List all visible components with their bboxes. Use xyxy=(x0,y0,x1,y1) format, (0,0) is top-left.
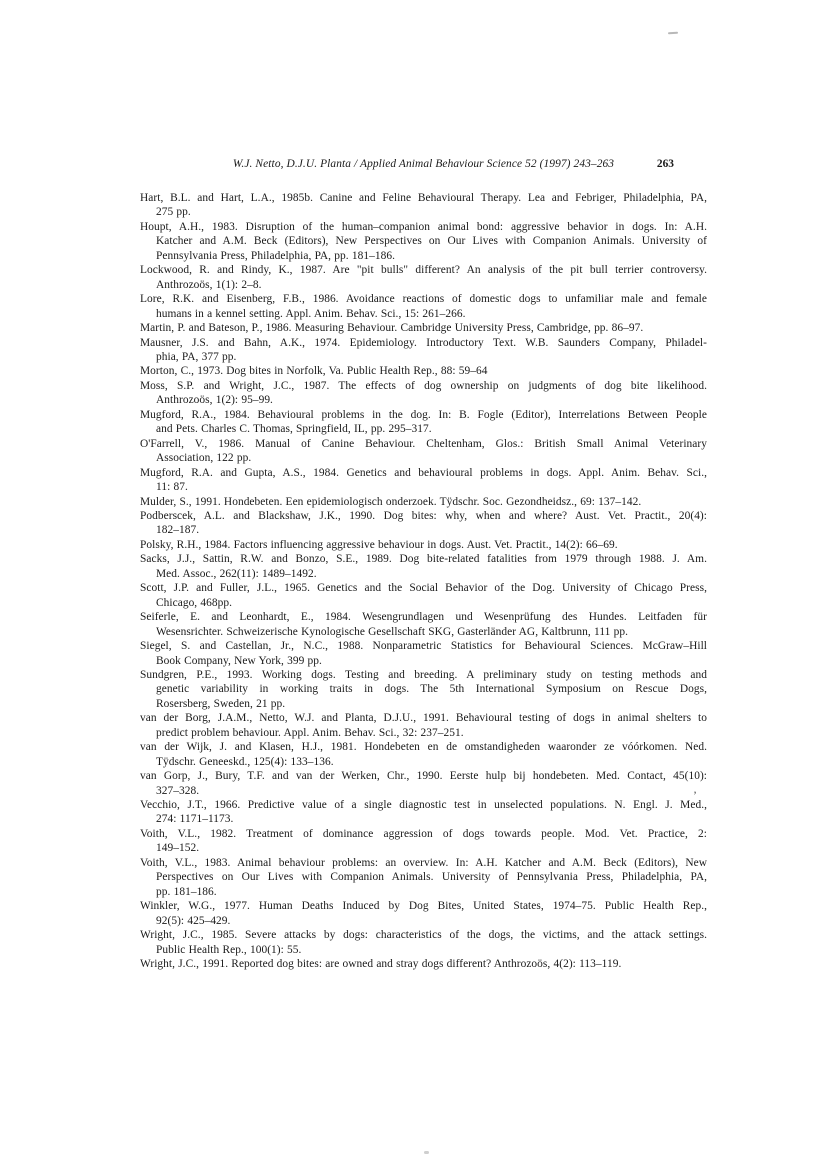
reference-entry: Voith, V.L., 1982. Treatment of dominanc… xyxy=(140,827,707,856)
reference-line: Lockwood, R. and Rindy, K., 1987. Are "p… xyxy=(140,263,707,277)
scan-artifact-dash xyxy=(668,32,678,35)
reference-line: van der Wijk, J. and Klasen, H.J., 1981.… xyxy=(140,740,707,754)
reference-entry: Moss, S.P. and Wright, J.C., 1987. The e… xyxy=(140,379,707,408)
paper-page: W.J. Netto, D.J.U. Planta / Applied Anim… xyxy=(0,0,826,1169)
reference-line: Wesensrichter. Schweizerische Kynologisc… xyxy=(140,625,707,639)
reference-entry: Siegel, S. and Castellan, Jr., N.C., 198… xyxy=(140,639,707,668)
reference-entry: van Gorp, J., Bury, T.F. and van der Wer… xyxy=(140,769,707,798)
reference-line: Moss, S.P. and Wright, J.C., 1987. The e… xyxy=(140,379,707,393)
reference-line: Podberscek, A.L. and Blackshaw, J.K., 19… xyxy=(140,509,707,523)
reference-entry: van der Wijk, J. and Klasen, H.J., 1981.… xyxy=(140,740,707,769)
reference-line: Hart, B.L. and Hart, L.A., 1985b. Canine… xyxy=(140,191,707,205)
reference-line: Association, 122 pp. xyxy=(140,451,707,465)
reference-line: Mausner, J.S. and Bahn, A.K., 1974. Epid… xyxy=(140,336,707,350)
reference-entry: Sacks, J.J., Sattin, R.W. and Bonzo, S.E… xyxy=(140,552,707,581)
reference-line: 275 pp. xyxy=(140,205,707,219)
reference-entry: Morton, C., 1973. Dog bites in Norfolk, … xyxy=(140,364,707,378)
reference-line: Book Company, New York, 399 pp. xyxy=(140,654,707,668)
page-header: W.J. Netto, D.J.U. Planta / Applied Anim… xyxy=(140,157,707,171)
reference-entry: Mulder, S., 1991. Hondebeten. Een epidem… xyxy=(140,495,707,509)
reference-line: pp. 181–186. xyxy=(140,885,707,899)
reference-entry: Mugford, R.A., 1984. Behavioural problem… xyxy=(140,408,707,437)
reference-line: Mugford, R.A., 1984. Behavioural problem… xyxy=(140,408,707,422)
reference-entry: van der Borg, J.A.M., Netto, W.J. and Pl… xyxy=(140,711,707,740)
reference-line: 11: 87. xyxy=(140,480,707,494)
reference-line: Anthrozoös, 1(1): 2–8. xyxy=(140,278,707,292)
reference-entry: Wright, J.C., 1985. Severe attacks by do… xyxy=(140,928,707,957)
reference-line: Public Health Rep., 100(1): 55. xyxy=(140,943,707,957)
reference-entry: Lockwood, R. and Rindy, K., 1987. Are "p… xyxy=(140,263,707,292)
reference-entry: Wright, J.C., 1991. Reported dog bites: … xyxy=(140,957,707,971)
reference-line: Tÿdschr. Geneeskd., 125(4): 133–136. xyxy=(140,755,707,769)
reference-entry: Polsky, R.H., 1984. Factors influencing … xyxy=(140,538,707,552)
reference-line: Perspectives on Our Lives with Companion… xyxy=(140,870,707,884)
reference-line: Med. Assoc., 262(11): 1489–1492. xyxy=(140,567,707,581)
running-head-text: W.J. Netto, D.J.U. Planta / Applied Anim… xyxy=(140,157,707,171)
reference-line: van Gorp, J., Bury, T.F. and van der Wer… xyxy=(140,769,707,783)
reference-line: van der Borg, J.A.M., Netto, W.J. and Pl… xyxy=(140,711,707,725)
reference-line: humans in a kennel setting. Appl. Anim. … xyxy=(140,307,707,321)
reference-line: Sundgren, P.E., 1993. Working dogs. Test… xyxy=(140,668,707,682)
reference-line: 327–328. xyxy=(140,784,707,798)
reference-line: Martin, P. and Bateson, P., 1986. Measur… xyxy=(140,321,707,335)
reference-line: Rosersberg, Sweden, 21 pp. xyxy=(140,697,707,711)
scan-artifact-dot xyxy=(424,1151,429,1154)
reference-entry: Podberscek, A.L. and Blackshaw, J.K., 19… xyxy=(140,509,707,538)
reference-line: Mulder, S., 1991. Hondebeten. Een epidem… xyxy=(140,495,707,509)
scan-artifact-mark: ’ xyxy=(693,788,697,803)
reference-line: Scott, J.P. and Fuller, J.L., 1965. Gene… xyxy=(140,581,707,595)
reference-entry: Mugford, R.A. and Gupta, A.S., 1984. Gen… xyxy=(140,466,707,495)
reference-line: 274: 1171–1173. xyxy=(140,812,707,826)
reference-entry: Lore, R.K. and Eisenberg, F.B., 1986. Av… xyxy=(140,292,707,321)
reference-line: 92(5): 425–429. xyxy=(140,914,707,928)
reference-line: Winkler, W.G., 1977. Human Deaths Induce… xyxy=(140,899,707,913)
reference-entry: Mausner, J.S. and Bahn, A.K., 1974. Epid… xyxy=(140,336,707,365)
reference-line: Voith, V.L., 1982. Treatment of dominanc… xyxy=(140,827,707,841)
reference-line: Siegel, S. and Castellan, Jr., N.C., 198… xyxy=(140,639,707,653)
reference-line: 182–187. xyxy=(140,523,707,537)
reference-line: Wright, J.C., 1985. Severe attacks by do… xyxy=(140,928,707,942)
reference-entry: Hart, B.L. and Hart, L.A., 1985b. Canine… xyxy=(140,191,707,220)
reference-list: Hart, B.L. and Hart, L.A., 1985b. Canine… xyxy=(140,191,707,971)
reference-line: Vecchio, J.T., 1966. Predictive value of… xyxy=(140,798,707,812)
reference-line: Houpt, A.H., 1983. Disruption of the hum… xyxy=(140,220,707,234)
reference-line: Sacks, J.J., Sattin, R.W. and Bonzo, S.E… xyxy=(140,552,707,566)
reference-line: Lore, R.K. and Eisenberg, F.B., 1986. Av… xyxy=(140,292,707,306)
reference-line: 149–152. xyxy=(140,841,707,855)
reference-line: phia, PA, 377 pp. xyxy=(140,350,707,364)
reference-entry: Seiferle, E. and Leonhardt, E., 1984. We… xyxy=(140,610,707,639)
reference-entry: O'Farrell, V., 1986. Manual of Canine Be… xyxy=(140,437,707,466)
reference-entry: Winkler, W.G., 1977. Human Deaths Induce… xyxy=(140,899,707,928)
reference-line: Polsky, R.H., 1984. Factors influencing … xyxy=(140,538,707,552)
reference-entry: Scott, J.P. and Fuller, J.L., 1965. Gene… xyxy=(140,581,707,610)
reference-line: O'Farrell, V., 1986. Manual of Canine Be… xyxy=(140,437,707,451)
reference-line: Seiferle, E. and Leonhardt, E., 1984. We… xyxy=(140,610,707,624)
reference-line: Mugford, R.A. and Gupta, A.S., 1984. Gen… xyxy=(140,466,707,480)
page-number: 263 xyxy=(657,157,674,171)
reference-entry: Vecchio, J.T., 1966. Predictive value of… xyxy=(140,798,707,827)
reference-line: and Pets. Charles C. Thomas, Springfield… xyxy=(140,422,707,436)
reference-line: Voith, V.L., 1983. Animal behaviour prob… xyxy=(140,856,707,870)
reference-entry: Martin, P. and Bateson, P., 1986. Measur… xyxy=(140,321,707,335)
reference-entry: Voith, V.L., 1983. Animal behaviour prob… xyxy=(140,856,707,899)
reference-line: predict problem behaviour. Appl. Anim. B… xyxy=(140,726,707,740)
reference-line: Wright, J.C., 1991. Reported dog bites: … xyxy=(140,957,707,971)
reference-entry: Sundgren, P.E., 1993. Working dogs. Test… xyxy=(140,668,707,711)
reference-line: genetic variability in working traits in… xyxy=(140,682,707,696)
reference-line: Anthrozoös, 1(2): 95–99. xyxy=(140,393,707,407)
reference-line: Chicago, 468pp. xyxy=(140,596,707,610)
reference-entry: Houpt, A.H., 1983. Disruption of the hum… xyxy=(140,220,707,263)
reference-line: Pennsylvania Press, Philadelphia, PA, pp… xyxy=(140,249,707,263)
reference-line: Katcher and A.M. Beck (Editors), New Per… xyxy=(140,234,707,248)
reference-line: Morton, C., 1973. Dog bites in Norfolk, … xyxy=(140,364,707,378)
